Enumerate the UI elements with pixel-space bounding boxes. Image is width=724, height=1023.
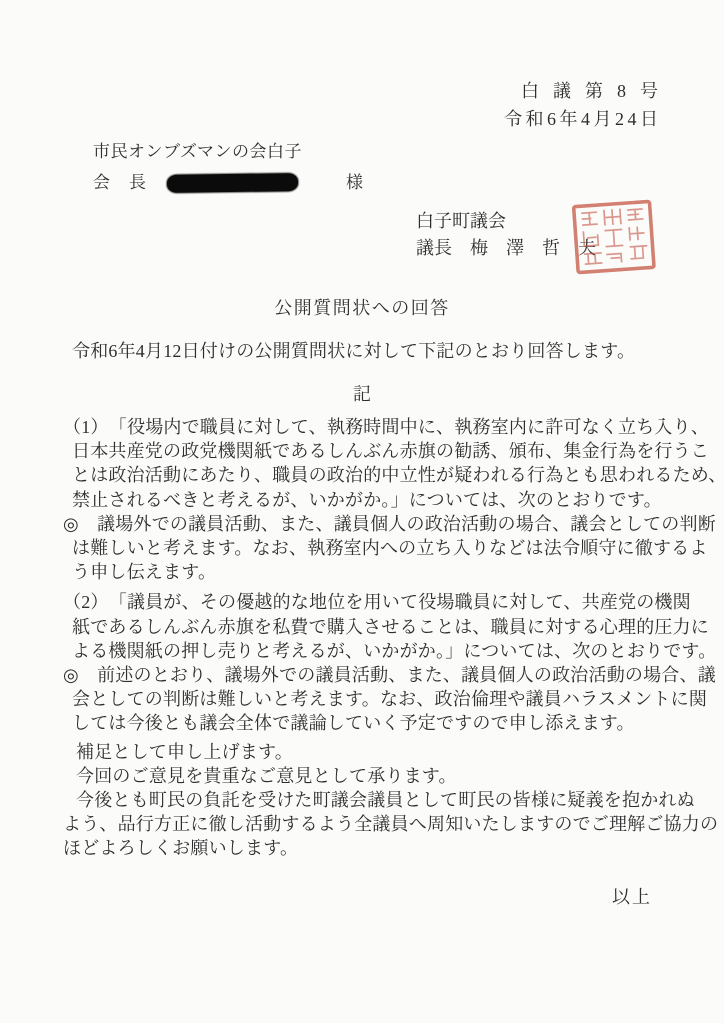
record-marker: 記: [0, 380, 724, 406]
question-line: （2） 「議員が、その優越的な地位を用いて役場職員に対して、共産党の機関: [63, 590, 678, 614]
recipient-organization: 市民オンブズマンの会白子: [93, 139, 363, 165]
official-seal-stamp: [571, 199, 656, 279]
answer-line: う申し伝えます。: [63, 560, 678, 584]
document-number: 白議第8号: [504, 77, 672, 105]
recipient-block: 市民オンブズマンの会白子 会 長 様: [93, 139, 363, 196]
answer-line: ◎ 議場外での議員活動、また、議員個人の政治活動の場合、議会としての判断: [63, 512, 678, 536]
recipient-role: 会 長: [93, 170, 147, 196]
intro-sentence: 令和6年4月12日付けの公開質問状に対して下記のとおり回答します。: [63, 337, 635, 363]
seal-icon: [571, 199, 656, 274]
question-line: 紙であるしんぶん赤旗を私費で購入させることは、職員に対する心理的圧力に: [63, 615, 678, 639]
recipient-name-line: 会 長 様: [93, 170, 363, 196]
answer-line: ◎ 前述のとおり、議場外での議員活動、また、議員個人の政治活動の場合、議: [63, 663, 678, 687]
question-line: 日本共産党の政党機関紙であるしんぶん赤旗の勧誘、頒布、集金行為を行うこ: [63, 439, 678, 463]
answer-line: しては今後とも議会全体で議論していく予定ですので申し添えます。: [63, 711, 678, 735]
closing-marker: 以上: [612, 883, 652, 909]
question-line: 禁止されるべきと考えるが、いかがか。」については、次のとおりです。: [63, 488, 678, 512]
honorific: 様: [346, 170, 363, 196]
sender-name: 議長 梅 澤 哲 夫: [416, 235, 596, 262]
answer-line: 会としての判断は難しいと考えます。なお、政治倫理や議員ハラスメントに関: [63, 687, 678, 711]
question-line: （1） 「役場内で職員に対して、執務時間中に、執務室内に許可なく立ち入り、: [63, 415, 678, 439]
document-title: 公開質問状への回答: [0, 294, 724, 320]
letter-body: （1） 「役場内で職員に対して、執務時間中に、執務室内に許可なく立ち入り、 日本…: [63, 415, 678, 861]
sender-organization: 白子町議会: [416, 208, 596, 235]
supplement-line: 補足として申し上げます。: [63, 740, 678, 764]
supplement-line: 今後とも町民の負託を受けた町議会議員として町民の皆様に疑義を抱かれぬ: [63, 788, 678, 812]
question-line: よる機関紙の押し売りと考えるが、いかがか。」については、次のとおりです。: [63, 639, 678, 663]
redacted-name-bar: [167, 173, 298, 193]
supplement-line: よう、品行方正に徹し活動するよう全議員へ周知いたしますのでご理解ご協力の: [63, 812, 678, 836]
supplement-line: ほどよろしくお願いします。: [63, 836, 678, 860]
answer-line: は難しいと考えます。なお、執務室内への立ち入りなどは法令順守に徹するよ: [63, 536, 678, 560]
scanned-letter-page: 白議第8号 令和6年4月24日 市民オンブズマンの会白子 会 長 様 白子町議会…: [0, 0, 724, 1023]
sender-block: 白子町議会 議長 梅 澤 哲 夫: [416, 208, 596, 262]
question-line: とは政治活動にあたり、職員の政治的中立性が疑われる行為とも思われるため、: [63, 463, 678, 487]
document-header: 白議第8号 令和6年4月24日: [504, 77, 658, 133]
supplement-line: 今回のご意見を貴重なご意見として承ります。: [63, 764, 678, 788]
document-date: 令和6年4月24日: [504, 105, 662, 133]
